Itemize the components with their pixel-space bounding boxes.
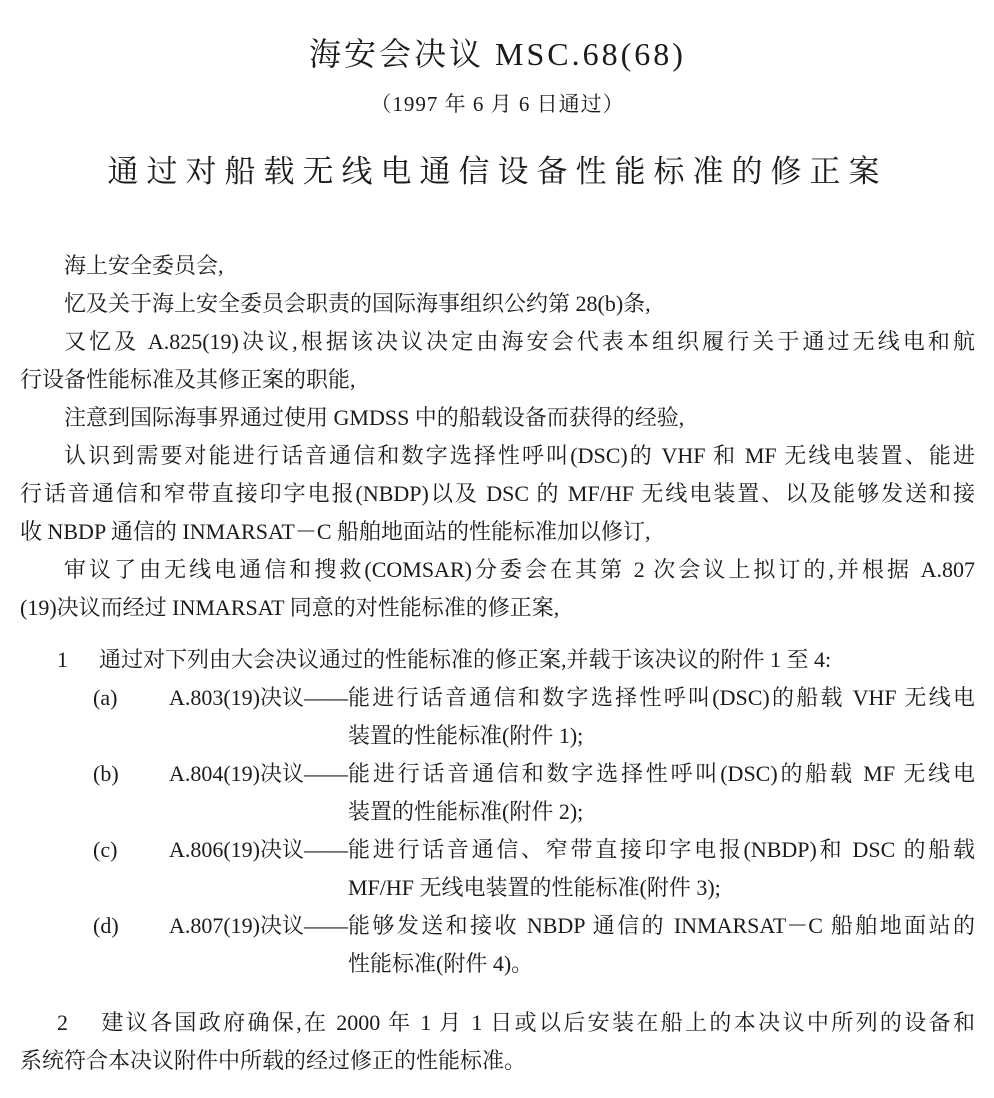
- preamble: 海上安全委员会, 忆及关于海上安全委员会职责的国际海事组织公约第 28(b)条,…: [20, 247, 975, 627]
- resolution-item-a: (a) A.803(19)决议—— 能进行话音通信和数字选择性呼叫(DSC)的船…: [20, 679, 975, 717]
- preamble-line: 注意到国际海事界通过使用 GMDSS 中的船载设备而获得的经验,: [20, 399, 975, 437]
- preamble-line: 认识到需要对能进行话音通信和数字选择性呼叫(DSC)的 VHF 和 MF 无线电…: [20, 437, 975, 475]
- document-title: 海安会决议 MSC.68(68): [20, 34, 975, 74]
- item-resolution: A.803(19)决议——: [169, 679, 348, 717]
- clause-2-text-line-2: 系统符合本决议附件中所载的经过修正的性能标准。: [20, 1042, 975, 1080]
- item-label: (b): [93, 755, 119, 793]
- item-description-line-1: 能进行话音通信和数字选择性呼叫(DSC)的船载 MF 无线电: [348, 755, 975, 793]
- item-resolution: A.807(19)决议——: [169, 907, 348, 945]
- clause-1-items: (a) A.803(19)决议—— 能进行话音通信和数字选择性呼叫(DSC)的船…: [20, 679, 975, 983]
- preamble-line: 审议了由无线电通信和搜救(COMSAR)分委会在其第 2 次会议上拟订的,并根据…: [20, 551, 975, 589]
- document-heading: 通过对船载无线电通信设备性能标准的修正案: [20, 151, 975, 193]
- resolution-item-d: (d) A.807(19)决议—— 能够发送和接收 NBDP 通信的 INMAR…: [20, 907, 975, 945]
- clause-1-text: 通过对下列由大会决议通过的性能标准的修正案,并载于该决议的附件 1 至 4:: [99, 647, 831, 672]
- document-page: 海安会决议 MSC.68(68) （1997 年 6 月 6 日通过） 通过对船…: [0, 0, 994, 1098]
- clause-1-number: 1: [57, 641, 99, 679]
- item-description-line-1: 能进行话音通信和数字选择性呼叫(DSC)的船载 VHF 无线电: [348, 679, 975, 717]
- preamble-line: (19)决议而经过 INMARSAT 同意的对性能标准的修正案,: [20, 589, 975, 627]
- preamble-line: 行设备性能标准及其修正案的职能,: [20, 361, 975, 399]
- preamble-line: 忆及关于海上安全委员会职责的国际海事组织公约第 28(b)条,: [20, 285, 975, 323]
- item-description-line-2: 性能标准(附件 4)。: [348, 945, 975, 983]
- clause-2: 2建议各国政府确保,在 2000 年 1 月 1 日或以后安装在船上的本决议中所…: [20, 1004, 975, 1042]
- item-label: (d): [93, 907, 119, 945]
- preamble-line: 海上安全委员会,: [20, 247, 975, 285]
- adoption-date-line: （1997 年 6 月 6 日通过）: [20, 89, 975, 119]
- item-resolution: A.806(19)决议——: [169, 831, 348, 869]
- resolution-item-b: (b) A.804(19)决议—— 能进行话音通信和数字选择性呼叫(DSC)的船…: [20, 755, 975, 793]
- item-resolution: A.804(19)决议——: [169, 755, 348, 793]
- clause-1: 1通过对下列由大会决议通过的性能标准的修正案,并载于该决议的附件 1 至 4:: [20, 641, 975, 679]
- item-description-line-1: 能够发送和接收 NBDP 通信的 INMARSAT－C 船舶地面站的: [348, 907, 975, 945]
- item-label: (a): [93, 679, 117, 717]
- preamble-line: 行话音通信和窄带直接印字电报(NBDP)以及 DSC 的 MF/HF 无线电装置…: [20, 475, 975, 513]
- item-description-line-2: MF/HF 无线电装置的性能标准(附件 3);: [348, 869, 975, 907]
- clause-2-number: 2: [57, 1004, 99, 1042]
- clause-2-text-line-1: 建议各国政府确保,在 2000 年 1 月 1 日或以后安装在船上的本决议中所列…: [99, 1010, 975, 1035]
- preamble-line: 收 NBDP 通信的 INMARSAT－C 船舶地面站的性能标准加以修订,: [20, 513, 975, 551]
- preamble-line: 又忆及 A.825(19)决议,根据该决议决定由海安会代表本组织履行关于通过无线…: [20, 323, 975, 361]
- item-description-line-2: 装置的性能标准(附件 1);: [348, 717, 975, 755]
- item-description-line-2: 装置的性能标准(附件 2);: [348, 793, 975, 831]
- item-description-line-1: 能进行话音通信、窄带直接印字电报(NBDP)和 DSC 的船载: [348, 831, 975, 869]
- item-label: (c): [93, 831, 117, 869]
- resolution-item-c: (c) A.806(19)决议—— 能进行话音通信、窄带直接印字电报(NBDP)…: [20, 831, 975, 869]
